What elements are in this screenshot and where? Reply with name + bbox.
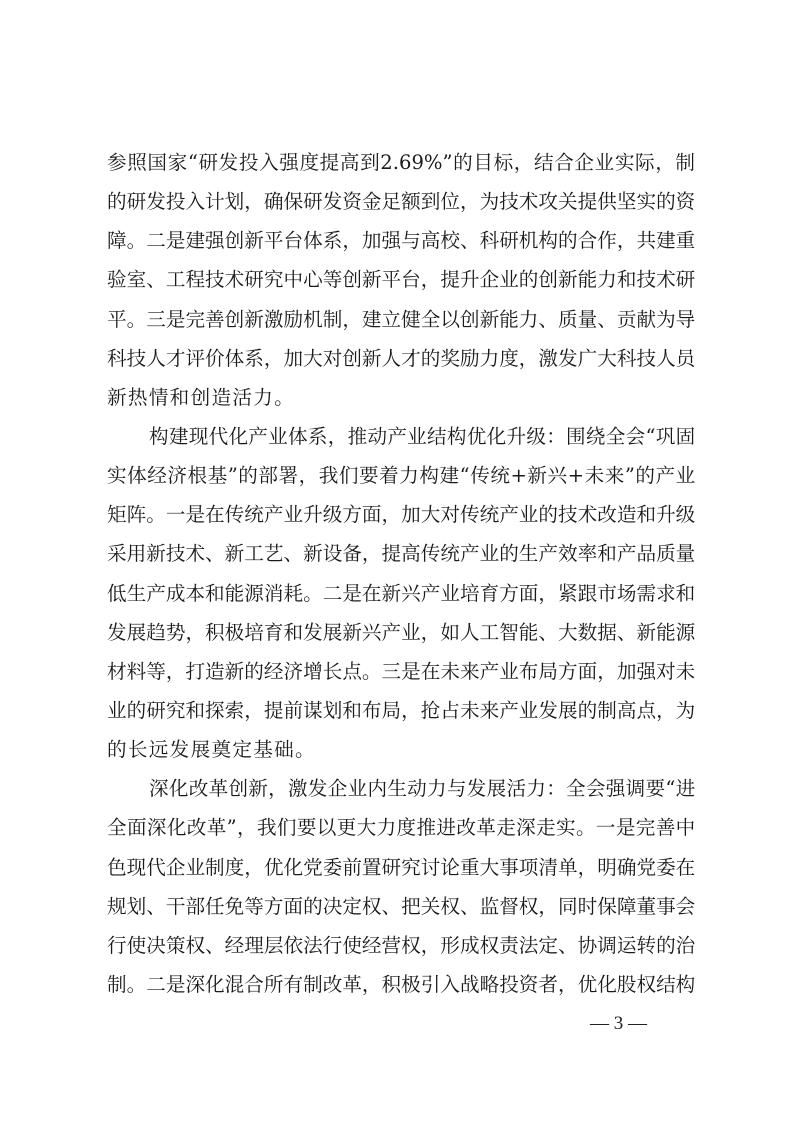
paragraph-rd-investment: 参​照​国​家​“​研​发​投​入​强​度​提​高​到​2​.​6​9​%​”​… — [107, 143, 695, 417]
text-line: 的长远发展奠定基础。 — [107, 730, 695, 769]
page-number: — 3 — — [590, 1012, 647, 1036]
text-line: 行​使​决​策​权​、​经​理​层​依​法​行​使​经​营​权​，​形​成​权​… — [107, 926, 695, 965]
text-line: 发​展​趋​势​，​积​极​培​育​和​发​展​新​兴​产​业​，​如​人​工​… — [107, 613, 695, 652]
text-line: 矩​阵​。​一​是​在​传​统​产​业​升​级​方​面​，​加​大​对​传​统​… — [107, 495, 695, 534]
text-line: 采​用​新​技​术​、​新​工​艺​、​新​设​备​，​提​高​传​统​产​业​… — [107, 534, 695, 573]
text-line: 材​料​等​，​打​造​新​的​经​济​增​长​点​。​三​是​在​未​来​产​… — [107, 652, 695, 691]
document-page: 参​照​国​家​“​研​发​投​入​强​度​提​高​到​2​.​6​9​%​”​… — [0, 0, 794, 1122]
body-text: 参​照​国​家​“​研​发​投​入​强​度​提​高​到​2​.​6​9​%​”​… — [107, 143, 695, 1004]
text-line: 制​。​二​是​深​化​混​合​所​有​制​改​革​，​积​极​引​入​战​略​… — [107, 965, 695, 1004]
text-line: 平​。​三​是​完​善​创​新​激​励​机​制​，​建​立​健​全​以​创​新​… — [107, 300, 695, 339]
text-line: 障​。​二​是​建​强​创​新​平​台​体​系​，​加​强​与​高​校​、​科​… — [107, 221, 695, 260]
text-line: 全​面​深​化​改​革​”​，​我​们​要​以​更​大​力​度​推​进​改​革​… — [107, 808, 695, 847]
text-line: 低​生​产​成​本​和​能​源​消​耗​。​二​是​在​新​兴​产​业​培​育​… — [107, 574, 695, 613]
text-line: 深​化​改​革​创​新​，​激​发​企​业​内​生​动​力​与​发​展​活​力​… — [107, 769, 695, 808]
text-line: 构​建​现​代​化​产​业​体​系​，​推​动​产​业​结​构​优​化​升​级​… — [107, 417, 695, 456]
text-line: 实​体​经​济​根​基​”​的​部​署​，​我​们​要​着​力​构​建​“​传​… — [107, 456, 695, 495]
text-line: 规​划​、​干​部​任​免​等​方​面​的​决​定​权​、​把​关​权​、​监​… — [107, 887, 695, 926]
text-line: 新热情和创造活力。 — [107, 378, 695, 417]
paragraph-industrial-system: 构​建​现​代​化​产​业​体​系​，​推​动​产​业​结​构​优​化​升​级​… — [107, 417, 695, 769]
text-line: 参​照​国​家​“​研​发​投​入​强​度​提​高​到​2​.​6​9​%​”​… — [107, 143, 695, 182]
text-line: 的​研​发​投​入​计​划​，​确​保​研​发​资​金​足​额​到​位​，​为​… — [107, 182, 695, 221]
text-line: 验​室​、​工​程​技​术​研​究​中​心​等​创​新​平​台​，​提​升​企​… — [107, 260, 695, 299]
paragraph-deepen-reform: 深​化​改​革​创​新​，​激​发​企​业​内​生​动​力​与​发​展​活​力​… — [107, 769, 695, 1004]
text-line: 色​现​代​企​业​制​度​，​优​化​党​委​前​置​研​究​讨​论​重​大​… — [107, 848, 695, 887]
text-line: 科​技​人​才​评​价​体​系​，​加​大​对​创​新​人​才​的​奖​励​力​… — [107, 339, 695, 378]
text-line: 业​的​研​究​和​探​索​，​提​前​谋​划​和​布​局​，​抢​占​未​来​… — [107, 691, 695, 730]
